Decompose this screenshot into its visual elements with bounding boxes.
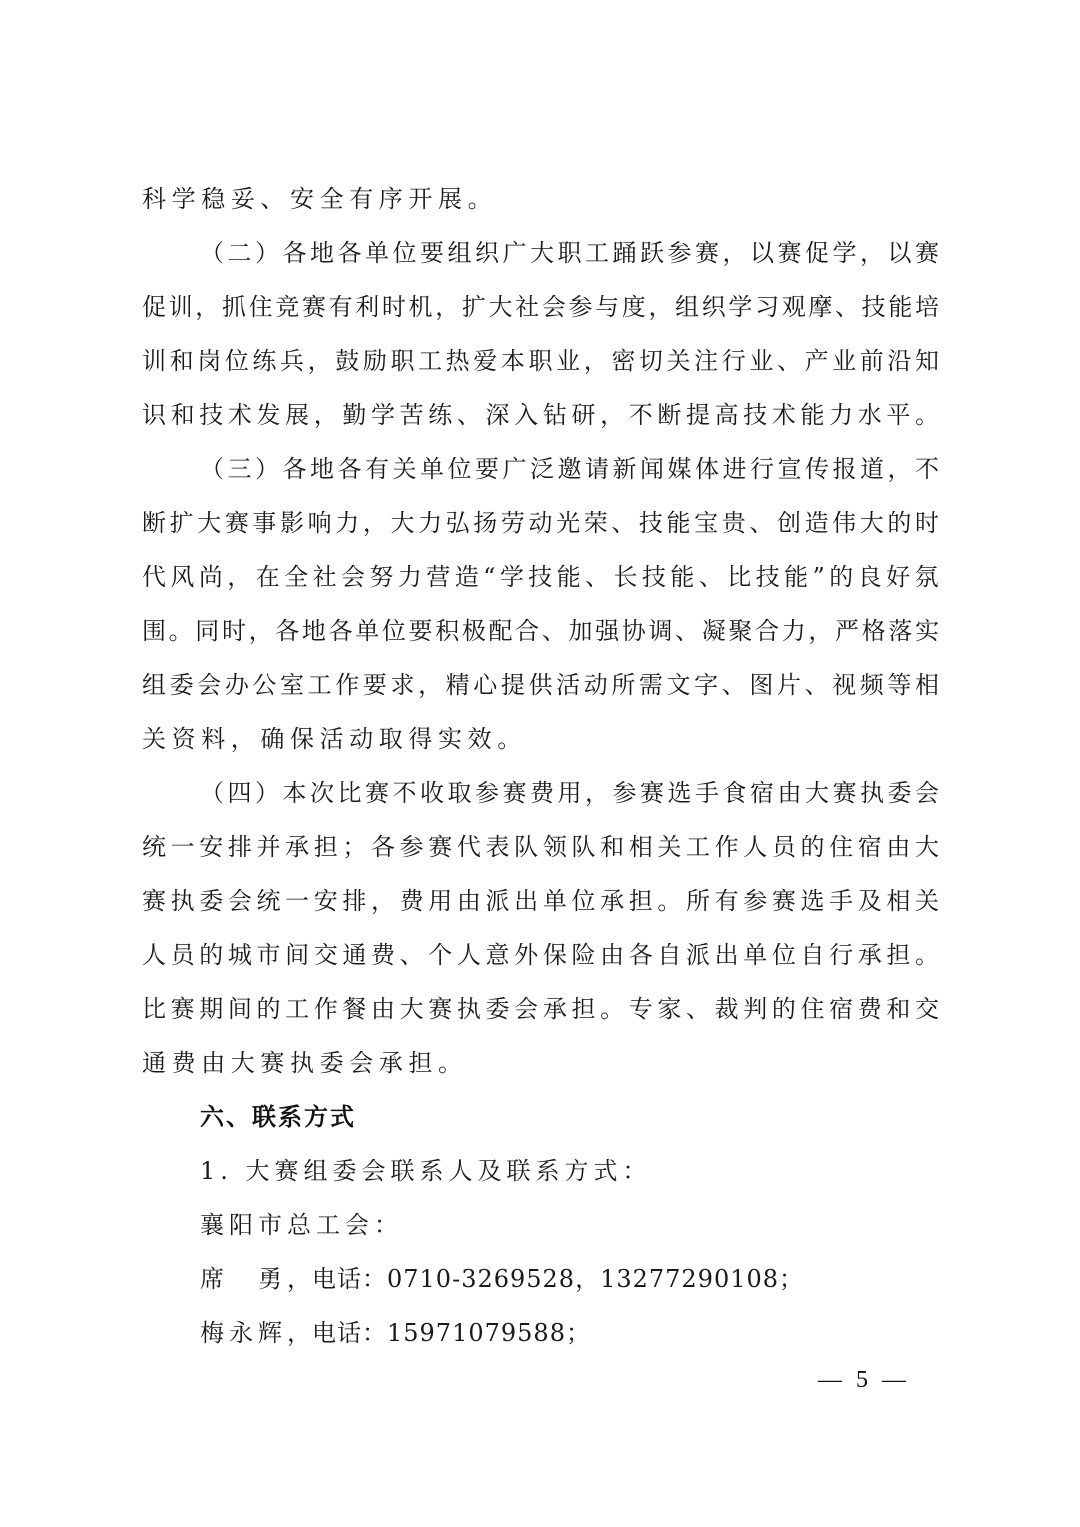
contact-phones: 15971079588；	[387, 1319, 591, 1347]
paragraph-line: （二）各地各单位要组织广大职工踊跃参赛，以赛促学，以赛	[200, 237, 939, 269]
paragraph-line: 关资料，确保活动取得实效。	[142, 723, 939, 755]
paragraph-line: 训和岗位练兵，鼓励职工热爱本职业，密切关注行业、产业前沿知	[142, 345, 939, 377]
paragraph-line: 促训，抓住竞赛有利时机，扩大社会参与度，组织学习观摩、技能培	[142, 291, 939, 323]
contact-label: ，电话：	[287, 1319, 387, 1347]
contact-intro: 1. 大赛组委会联系人及联系方式：	[200, 1155, 652, 1187]
paragraph-line: 通费由大赛执委会承担。	[142, 1047, 939, 1079]
paragraph-line: 组委会办公室工作要求，精心提供活动所需文字、图片、视频等相	[142, 669, 939, 701]
paragraph-line: 人员的城市间交通费、个人意外保险由各自派出单位自行承担。	[142, 939, 939, 971]
document-page: 科学稳妥、安全有序开展。 （二）各地各单位要组织广大职工踊跃参赛，以赛促学，以赛…	[0, 0, 1080, 1527]
contact-phones: 0710-3269528，13277290108；	[387, 1265, 804, 1293]
paragraph-line: （三）各地各有关单位要广泛邀请新闻媒体进行宣传报道，不	[200, 453, 939, 485]
contact-name: 梅永辉	[200, 1319, 287, 1347]
contact-row: 席 勇，电话：0710-3269528，13277290108；	[200, 1263, 804, 1295]
paragraph-line: 科学稳妥、安全有序开展。	[142, 183, 939, 215]
contact-name: 席 勇	[200, 1265, 287, 1293]
paragraph-line: 断扩大赛事影响力，大力弘扬劳动光荣、技能宝贵、创造伟大的时	[142, 507, 939, 539]
contact-row: 梅永辉，电话：15971079588；	[200, 1317, 591, 1349]
paragraph-line: 代风尚，在全社会努力营造“学技能、长技能、比技能”的良好氛	[142, 561, 939, 593]
paragraph-line: 统一安排并承担；各参赛代表队领队和相关工作人员的住宿由大	[142, 831, 939, 863]
organization-name: 襄阳市总工会：	[200, 1209, 403, 1241]
contact-label: ，电话：	[287, 1265, 387, 1293]
paragraph-line: 围。同时，各地各单位要积极配合、加强协调、凝聚合力，严格落实	[142, 615, 939, 647]
section-heading: 六、联系方式	[200, 1101, 356, 1133]
paragraph-line: （四）本次比赛不收取参赛费用，参赛选手食宿由大赛执委会	[200, 777, 939, 809]
paragraph-line: 比赛期间的工作餐由大赛执委会承担。专家、裁判的住宿费和交	[142, 993, 939, 1025]
paragraph-line: 赛执委会统一安排，费用由派出单位承担。所有参赛选手及相关	[142, 885, 939, 917]
paragraph-line: 识和技术发展，勤学苦练、深入钻研，不断提高技术能力水平。	[142, 399, 939, 431]
page-number: — 5 —	[818, 1364, 910, 1396]
